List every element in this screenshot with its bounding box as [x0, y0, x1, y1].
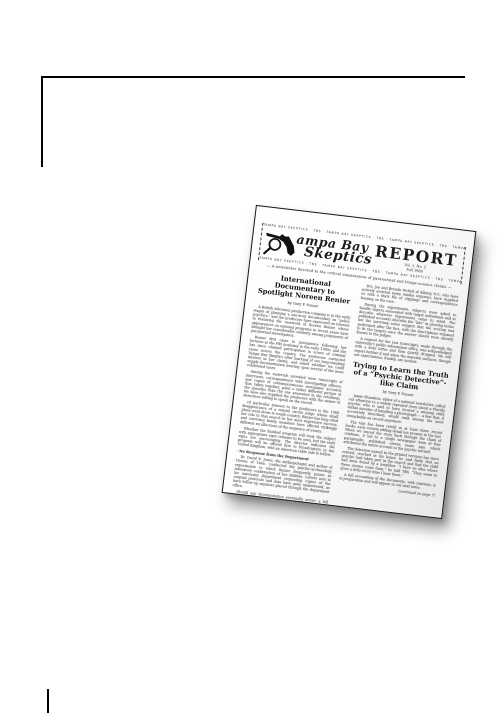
left-vertical-rule: [41, 76, 43, 167]
newsletter-front-page: TAMPA BAY SKEPTICS · TBS · TAMPA BAY SKE…: [222, 222, 474, 519]
right-column: Drs. Joe and Brenda Nickell of Albany, N…: [335, 284, 459, 520]
top-horizontal-rule: [41, 76, 465, 78]
page-background: TAMPA BAY SKEPTICS · TBS · TAMPA BAY SKE…: [0, 0, 504, 713]
scanned-newsletter-image[interactable]: TAMPA BAY SKEPTICS · TBS · TAMPA BAY SKE…: [222, 205, 477, 519]
article-columns: International Documentary to Spotlight N…: [222, 266, 469, 520]
left-column: International Documentary to Spotlight N…: [230, 271, 354, 514]
bottom-left-vertical-rule: [47, 689, 49, 713]
